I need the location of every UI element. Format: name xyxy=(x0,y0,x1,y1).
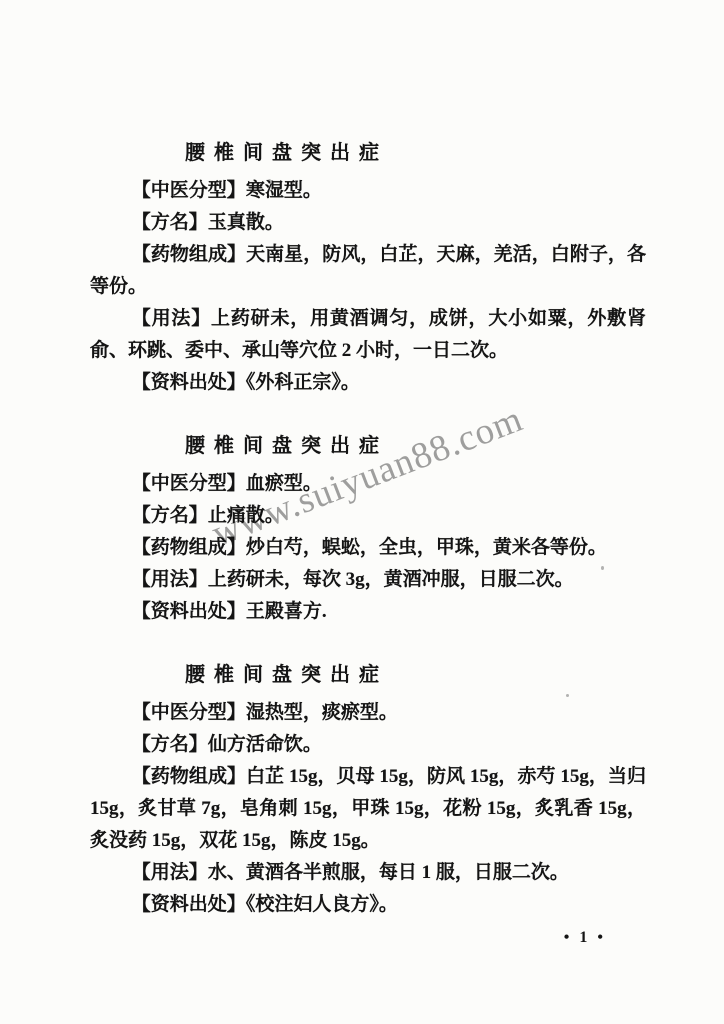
entry-text: 湿热型，痰瘀型。 xyxy=(246,702,398,723)
scanned-page: www.suiyuan88.com 腰椎间盘突出症 【中医分型】寒湿型。 【方名… xyxy=(0,0,724,1024)
entry-label: 【药物组成】 xyxy=(132,244,246,265)
section-title: 腰椎间盘突出症 xyxy=(185,136,646,165)
entry-source: 【资料出处】王殿喜方. xyxy=(90,596,646,628)
entry-label: 【资料出处】 xyxy=(132,372,246,393)
entry-label: 【方名】 xyxy=(132,212,208,233)
prescription-section-1: 腰椎间盘突出症 【中医分型】寒湿型。 【方名】玉真散。 【药物组成】天南星，防风… xyxy=(90,136,646,399)
entry-text: 炒白芍，蜈蚣，全虫，甲珠，黄米各等份。 xyxy=(246,537,607,558)
entry-tcm-classification: 【中医分型】寒湿型。 xyxy=(90,175,646,207)
entry-usage: 【用法】上药研未，每次 3g，黄酒冲服，日服二次。 xyxy=(90,564,646,596)
entry-text: 玉真散。 xyxy=(208,212,284,233)
entry-label: 【资料出处】 xyxy=(132,894,246,915)
entry-ingredients: 【药物组成】白芷 15g，贝母 15g，防风 15g，赤芍 15g，当归 15g… xyxy=(90,761,646,857)
entry-label: 【药物组成】 xyxy=(132,537,246,558)
entry-source: 【资料出处】《校注妇人良方》。 xyxy=(90,889,646,921)
prescription-section-3: 腰椎间盘突出症 【中医分型】湿热型，痰瘀型。 【方名】仙方活命饮。 【药物组成】… xyxy=(90,658,646,921)
entry-source: 【资料出处】《外科正宗》。 xyxy=(90,367,646,399)
entry-text: 《外科正宗》。 xyxy=(246,372,360,393)
entry-text: 王殿喜方. xyxy=(246,601,327,622)
entry-ingredients: 【药物组成】天南星，防风，白芷，天麻，羌活，白附子，各等份。 xyxy=(90,239,646,303)
entry-text: 上药研未，每次 3g，黄酒冲服，日服二次。 xyxy=(208,569,574,590)
entry-label: 【用法】 xyxy=(132,569,208,590)
page-content: 腰椎间盘突出症 【中医分型】寒湿型。 【方名】玉真散。 【药物组成】天南星，防风… xyxy=(0,0,646,947)
entry-label: 【中医分型】 xyxy=(132,180,246,201)
entry-label: 【方名】 xyxy=(132,505,208,526)
entry-formula-name: 【方名】止痛散。 xyxy=(90,500,646,532)
entry-text: 止痛散。 xyxy=(208,505,284,526)
entry-label: 【方名】 xyxy=(132,734,208,755)
entry-text: 水、黄酒各半煎服，每日 1 服，日服二次。 xyxy=(208,862,569,883)
entry-formula-name: 【方名】玉真散。 xyxy=(90,207,646,239)
entry-text: 寒湿型。 xyxy=(246,180,322,201)
entry-text: 血瘀型。 xyxy=(246,473,322,494)
entry-ingredients: 【药物组成】炒白芍，蜈蚣，全虫，甲珠，黄米各等份。 xyxy=(90,532,646,564)
page-number: • 1 • xyxy=(90,929,646,947)
entry-formula-name: 【方名】仙方活命饮。 xyxy=(90,729,646,761)
entry-label: 【中医分型】 xyxy=(132,702,246,723)
entry-text: 仙方活命饮。 xyxy=(208,734,322,755)
entry-label: 【中医分型】 xyxy=(132,473,246,494)
entry-text: 《校注妇人良方》。 xyxy=(246,894,398,915)
entry-tcm-classification: 【中医分型】湿热型，痰瘀型。 xyxy=(90,697,646,729)
entry-tcm-classification: 【中医分型】血瘀型。 xyxy=(90,468,646,500)
entry-label: 【用法】 xyxy=(132,308,211,329)
entry-usage: 【用法】水、黄酒各半煎服，每日 1 服，日服二次。 xyxy=(90,857,646,889)
prescription-section-2: 腰椎间盘突出症 【中医分型】血瘀型。 【方名】止痛散。 【药物组成】炒白芍，蜈蚣… xyxy=(90,429,646,628)
entry-usage: 【用法】上药研未，用黄酒调匀，成饼，大小如粟，外敷肾俞、环跳、委中、承山等穴位 … xyxy=(90,303,646,367)
entry-label: 【资料出处】 xyxy=(132,601,246,622)
section-title: 腰椎间盘突出症 xyxy=(185,429,646,458)
entry-label: 【用法】 xyxy=(132,862,208,883)
entry-label: 【药物组成】 xyxy=(132,766,246,787)
section-title: 腰椎间盘突出症 xyxy=(185,658,646,687)
